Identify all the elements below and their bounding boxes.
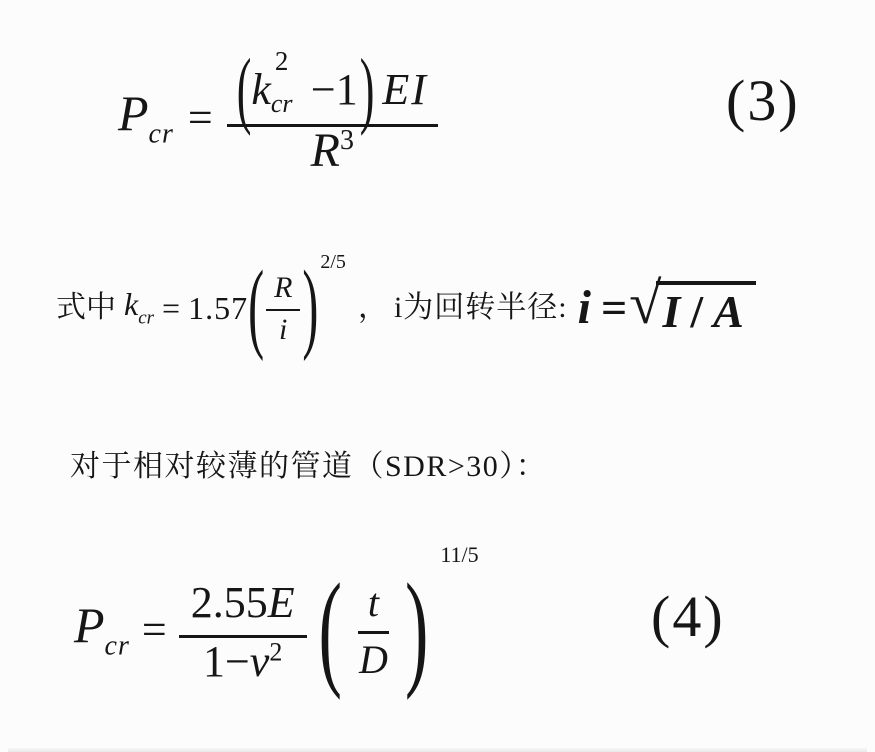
radicand-slash: / — [690, 286, 705, 337]
radical-sign: √ — [629, 279, 661, 329]
eq4-open-paren: ( — [319, 572, 342, 689]
eq4-one-minus: 1− — [203, 637, 250, 686]
eq4-exponent: 11/5 — [440, 544, 478, 566]
eq4-fraction: 2.55E 1−v2 — [179, 577, 307, 684]
equation-4-number: (4) — [651, 588, 725, 646]
where-radius-description: i为回转半径: — [394, 293, 568, 323]
radius-of-gyration-formula: i = √ I/A — [578, 281, 756, 335]
radicand-I-symbol: I — [662, 286, 682, 337]
eq4-t-over-D-fraction: t D — [358, 581, 389, 680]
thin-pipe-paragraph: 对于相对较薄的管道（SDR>30）： — [70, 447, 547, 486]
radicand: I/A — [656, 281, 755, 335]
where-exponent: 2/5 — [320, 252, 346, 272]
where-coefficient: 1.57 — [188, 292, 248, 324]
eq3-P-symbol: P — [118, 85, 149, 141]
eq4-t-symbol: t — [358, 581, 389, 634]
eq3-open-paren: ( — [237, 47, 252, 133]
eq3-equals-sign: = — [188, 96, 213, 140]
equation-3-number: (3) — [726, 72, 800, 130]
eq3-k-scripts: 2 cr — [271, 89, 307, 91]
equation-4: Pcr = 2.55E 1−v2 ( t D ) 11/5 — [74, 556, 479, 704]
where-equals-sign: = — [162, 292, 180, 324]
eq3-close-paren: ) — [360, 47, 375, 133]
eq3-lhs: Pcr — [118, 88, 174, 149]
eq4-E-symbol: E — [268, 581, 295, 625]
gyration-i-symbol: i — [578, 284, 591, 332]
eq4-v-symbol: v — [250, 637, 270, 686]
eq3-P-subscript: cr — [149, 118, 174, 149]
eq3-fraction: ( k 2 cr −1 ) EI R3 — [227, 62, 438, 175]
eq4-P-symbol: P — [74, 597, 105, 653]
where-close-paren: ) — [302, 258, 318, 359]
where-k-symbol: kcr — [124, 288, 154, 328]
where-k-subscript: cr — [138, 308, 154, 329]
eq3-k-subscript: cr — [271, 91, 293, 117]
eq4-v-exponent: 2 — [269, 637, 282, 666]
eq4-P-subscript: cr — [105, 630, 130, 661]
eq4-num-coefficient: 2.55 — [191, 581, 268, 625]
eq4-equals-sign: = — [142, 608, 167, 652]
where-frac-denominator: i — [266, 311, 300, 345]
eq3-R-symbol: R — [311, 124, 340, 177]
gyration-equals-sign: = — [601, 285, 627, 331]
eq4-denominator: 1−v2 — [203, 631, 282, 686]
square-root: √ I/A — [629, 281, 756, 335]
eq3-k-symbol: k — [251, 68, 271, 112]
document-page: Pcr = ( k 2 cr −1 ) EI R3 (3) 式中 kcr = — [0, 0, 875, 752]
where-frac-numerator: R — [266, 271, 300, 311]
eq3-denominator: R3 — [311, 116, 354, 177]
eq4-D-symbol: D — [358, 634, 389, 680]
equation-3: Pcr = ( k 2 cr −1 ) EI R3 — [118, 40, 438, 196]
where-definition-line: 式中 kcr = 1.57 ( R i ) 2/5 ， i为回转半径: i = … — [56, 252, 756, 364]
eq3-minus-one: −1 — [311, 68, 358, 112]
page-bottom-edge — [8, 748, 867, 752]
eq3-R-exponent: 3 — [340, 125, 354, 156]
where-open-paren: ( — [248, 258, 264, 359]
where-k-letter: k — [124, 286, 138, 322]
where-comma: ， — [358, 293, 388, 323]
eq3-k-superscript: 2 — [275, 48, 289, 75]
eq4-numerator: 2.55E — [179, 577, 307, 638]
where-R-over-i-fraction: R i — [266, 271, 300, 345]
radicand-A-symbol: A — [713, 286, 746, 337]
eq3-EI-symbol: EI — [382, 68, 428, 112]
eq4-lhs: Pcr — [74, 600, 130, 661]
where-prefix-text: 式中 — [56, 293, 116, 323]
eq4-close-paren: ) — [405, 572, 428, 689]
